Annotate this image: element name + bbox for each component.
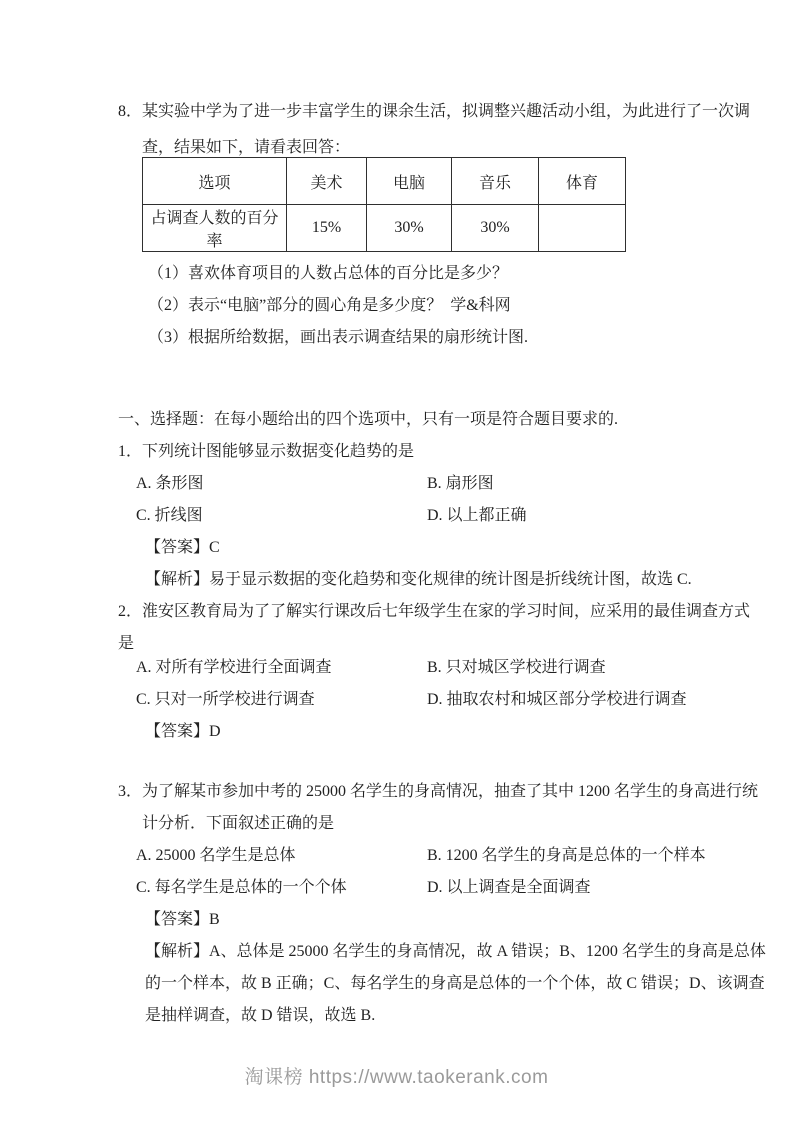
survey-table-data-row: 占调查人数的百分率 15% 30% 30% [143, 205, 626, 252]
sub-question-2: （2）表示“电脑”部分的圆心角是多少度？ 学&科网 [148, 290, 793, 322]
q3-answer: 【答案】B [145, 904, 793, 936]
cell-art-percent: 15% [287, 205, 367, 252]
q1-options-row-2: C. 折线图 D. 以上都正确 [136, 500, 793, 532]
q2-answer: 【答案】D [145, 716, 793, 748]
q2-option-c: C. 只对一所学校进行调查 [136, 684, 427, 716]
cell-computer-percent: 30% [367, 205, 452, 252]
q1-analysis: 【解析】易于显示数据的变化趋势和变化规律的统计图是折线统计图，故选 C. [145, 564, 793, 596]
q1-option-a: A. 条形图 [136, 468, 427, 500]
question-2: 2．淮安区教育局为了了解实行课改后七年级学生在家的学习时间，应采用的最佳调查方式… [118, 596, 793, 748]
q3-analysis-line-3: 是抽样调查，故 D 错误，故选 B. [145, 1000, 793, 1032]
q2-options-row-1: A. 对所有学校进行全面调查 B. 只对城区学校进行调查 [136, 652, 793, 684]
q3-analysis-line-1: 【解析】A、总体是 25000 名学生的身高情况，故 A 错误；B、1200 名… [145, 936, 793, 968]
question-1-stem: 1．下列统计图能够显示数据变化趋势的是 [118, 436, 793, 468]
section-title: 一、选择题：在每小题给出的四个选项中，只有一项是符合题目要求的. [118, 404, 793, 436]
col-header-music: 音乐 [452, 158, 539, 205]
cell-sports-percent [539, 205, 626, 252]
q1-options-row-1: A. 条形图 B. 扇形图 [136, 468, 793, 500]
q2-options: A. 对所有学校进行全面调查 B. 只对城区学校进行调查 C. 只对一所学校进行… [118, 652, 793, 748]
sub-question-3: （3）根据所给数据，画出表示调查结果的扇形统计图. [148, 322, 793, 354]
q2-option-b: B. 只对城区学校进行调查 [427, 652, 606, 684]
q3-option-b: B. 1200 名学生的身高是总体的一个样本 [427, 840, 706, 872]
cell-music-percent: 30% [452, 205, 539, 252]
q2-options-row-2: C. 只对一所学校进行调查 D. 抽取农村和城区部分学校进行调查 [136, 684, 793, 716]
q1-option-c: C. 折线图 [136, 500, 427, 532]
q3-options-row-1: A. 25000 名学生是总体 B. 1200 名学生的身高是总体的一个样本 [136, 840, 793, 872]
question-3-stem-line-1: 3．为了解某市参加中考的 25000 名学生的身高情况，抽查了其中 1200 名… [118, 776, 793, 808]
survey-table: 选项 美术 电脑 音乐 体育 占调查人数的百分率 15% 30% 30% [142, 157, 626, 252]
q3-option-a: A. 25000 名学生是总体 [136, 840, 427, 872]
document-page: { "q8": { "text_lines": [ "8．某实验中学为了进一步丰… [0, 0, 793, 1122]
document-content: 8．某实验中学为了进一步丰富学生的课余生活，拟调整兴趣活动小组，为此进行了一次调… [0, 0, 793, 1032]
q2-option-a: A. 对所有学校进行全面调查 [136, 652, 427, 684]
question-3-stem-line-2: 计分析．下面叙述正确的是 [118, 808, 793, 840]
row-label-percentage: 占调查人数的百分率 [143, 205, 287, 252]
col-header-sports: 体育 [539, 158, 626, 205]
question-1: 1．下列统计图能够显示数据变化趋势的是 A. 条形图 B. 扇形图 C. 折线图… [118, 436, 793, 596]
q1-answer: 【答案】C [145, 532, 793, 564]
q1-option-b: B. 扇形图 [427, 468, 494, 500]
q3-option-c: C. 每名学生是总体的一个个体 [136, 872, 427, 904]
question-8-text-line-1: 8．某实验中学为了进一步丰富学生的课余生活，拟调整兴趣活动小组，为此进行了一次调 [118, 94, 793, 130]
footer-watermark: 淘课榜 https://www.taokerank.com [0, 1062, 793, 1089]
q1-option-d: D. 以上都正确 [427, 500, 527, 532]
sub-question-1: （1）喜欢体育项目的人数占总体的百分比是多少？ [148, 258, 793, 290]
question-8-sub-questions: （1）喜欢体育项目的人数占总体的百分比是多少？ （2）表示“电脑”部分的圆心角是… [118, 258, 793, 354]
q2-option-d: D. 抽取农村和城区部分学校进行调查 [427, 684, 687, 716]
col-header-computer: 电脑 [367, 158, 452, 205]
q3-option-d: D. 以上调查是全面调查 [427, 872, 591, 904]
question-8: 8．某实验中学为了进一步丰富学生的课余生活，拟调整兴趣活动小组，为此进行了一次调… [118, 94, 793, 354]
question-2-stem-line-1: 2．淮安区教育局为了了解实行课改后七年级学生在家的学习时间，应采用的最佳调查方式 [118, 596, 793, 628]
q3-analysis-line-2: 的一个样本，故 B 正确；C、每名学生的身高是总体的一个个体，故 C 错误；D、… [145, 968, 793, 1000]
question-3: 3．为了解某市参加中考的 25000 名学生的身高情况，抽查了其中 1200 名… [118, 776, 793, 1032]
q3-options-row-2: C. 每名学生是总体的一个个体 D. 以上调查是全面调查 [136, 872, 793, 904]
